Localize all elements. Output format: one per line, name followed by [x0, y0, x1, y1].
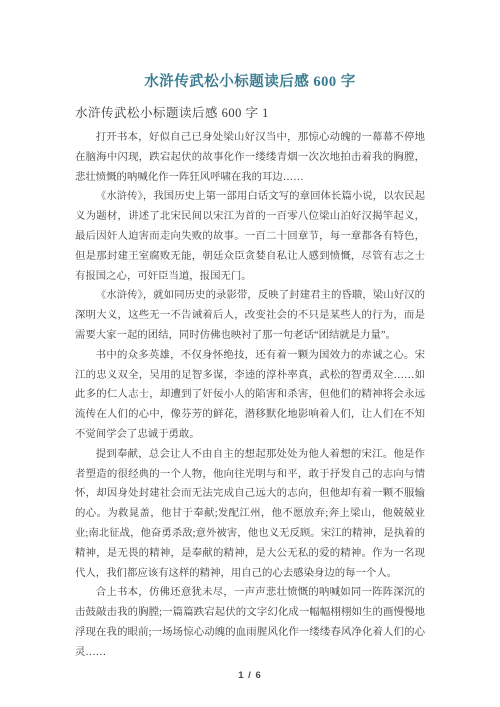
body-paragraph: 《水浒传》，我国历史上第一部用白话文写的章回体长篇小说，以农民起义为题材，讲述了…	[75, 187, 425, 286]
document-body: 打开书本，好似自己已身处梁山好汉当中，那惊心动魄的一幕幕不停地在脑海中闪现，跌宕…	[75, 121, 425, 663]
body-paragraph: 打开书本，好似自己已身处梁山好汉当中，那惊心动魄的一幕幕不停地在脑海中闪现，跌宕…	[75, 128, 425, 187]
body-paragraph: 合上书本，仿佛还意犹未尽，一声声悲壮愤慨的呐喊如同一阵阵深沉的击鼓敲击我的胸膛;…	[75, 583, 425, 662]
body-paragraph: 提到奉献，总会让人不由自主的想起那处处为他人着想的宋江。他是作者塑造的很经典的一…	[75, 445, 425, 584]
page-number-indicator: 1 / 6	[75, 670, 425, 681]
document-title: 水浒传武松小标题读后感 600 字	[75, 0, 425, 91]
body-paragraph: 《水浒传》，就如同历史的录影带，反映了封建君主的昏聩，梁山好汉的深明大义，这些无…	[75, 286, 425, 345]
document-page: 水浒传武松小标题读后感 600 字 水浒传武松小标题读后感 600 字 1 打开…	[0, 0, 500, 707]
body-paragraph: 书中的众多英雄，不仅身怀绝技，还有着一颗为国效力的赤诚之心。宋江的忠义双全，吴用…	[75, 346, 425, 445]
document-subtitle: 水浒传武松小标题读后感 600 字 1	[75, 91, 425, 121]
